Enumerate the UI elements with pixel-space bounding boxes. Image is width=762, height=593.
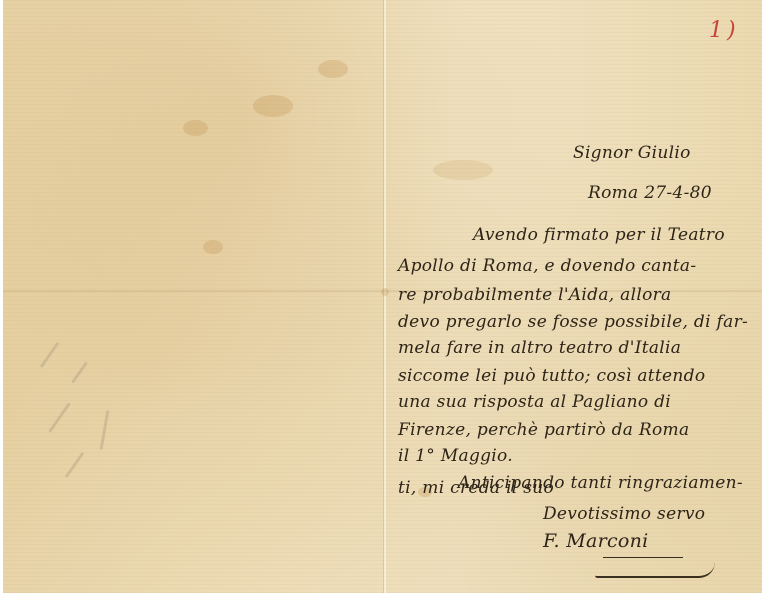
body-line: siccome lei può tutto; così attendo bbox=[398, 366, 705, 386]
salutation: Signor Giulio bbox=[573, 143, 691, 163]
body-line: ti, mi creda il suo bbox=[398, 478, 554, 498]
letter-date: Roma 27-4-80 bbox=[588, 183, 712, 203]
body-line: re probabilmente l'Aida, allora bbox=[398, 285, 672, 305]
body-line: mela fare in altro teatro d'Italia bbox=[398, 338, 681, 358]
bleed-through-writing bbox=[33, 340, 123, 510]
foxing-stain bbox=[381, 288, 389, 296]
body-line: Apollo di Roma, e dovendo canta- bbox=[398, 256, 696, 276]
body-line: una sua risposta al Pagliano di bbox=[398, 392, 671, 412]
signature-flourish bbox=[595, 562, 715, 578]
vertical-fold bbox=[384, 0, 386, 593]
foxing-stain bbox=[203, 240, 223, 254]
foxing-stain bbox=[253, 95, 293, 117]
signature: F. Marconi bbox=[543, 530, 649, 552]
letter-page: 1) Signor Giulio Roma 27-4-80 Avendo fir… bbox=[0, 0, 762, 593]
page-number: 1) bbox=[709, 18, 740, 43]
foxing-stain bbox=[183, 120, 208, 136]
body-line: devo pregarlo se fosse possibile, di far… bbox=[398, 312, 748, 332]
signature-underline bbox=[603, 556, 683, 558]
body-line: il 1° Maggio. bbox=[398, 446, 513, 466]
body-line: Firenze, perchè partirò da Roma bbox=[398, 420, 689, 440]
foxing-stain bbox=[433, 160, 493, 180]
closing: Devotissimo servo bbox=[543, 504, 705, 524]
body-line: Avendo firmato per il Teatro bbox=[473, 225, 725, 245]
foxing-stain bbox=[318, 60, 348, 78]
